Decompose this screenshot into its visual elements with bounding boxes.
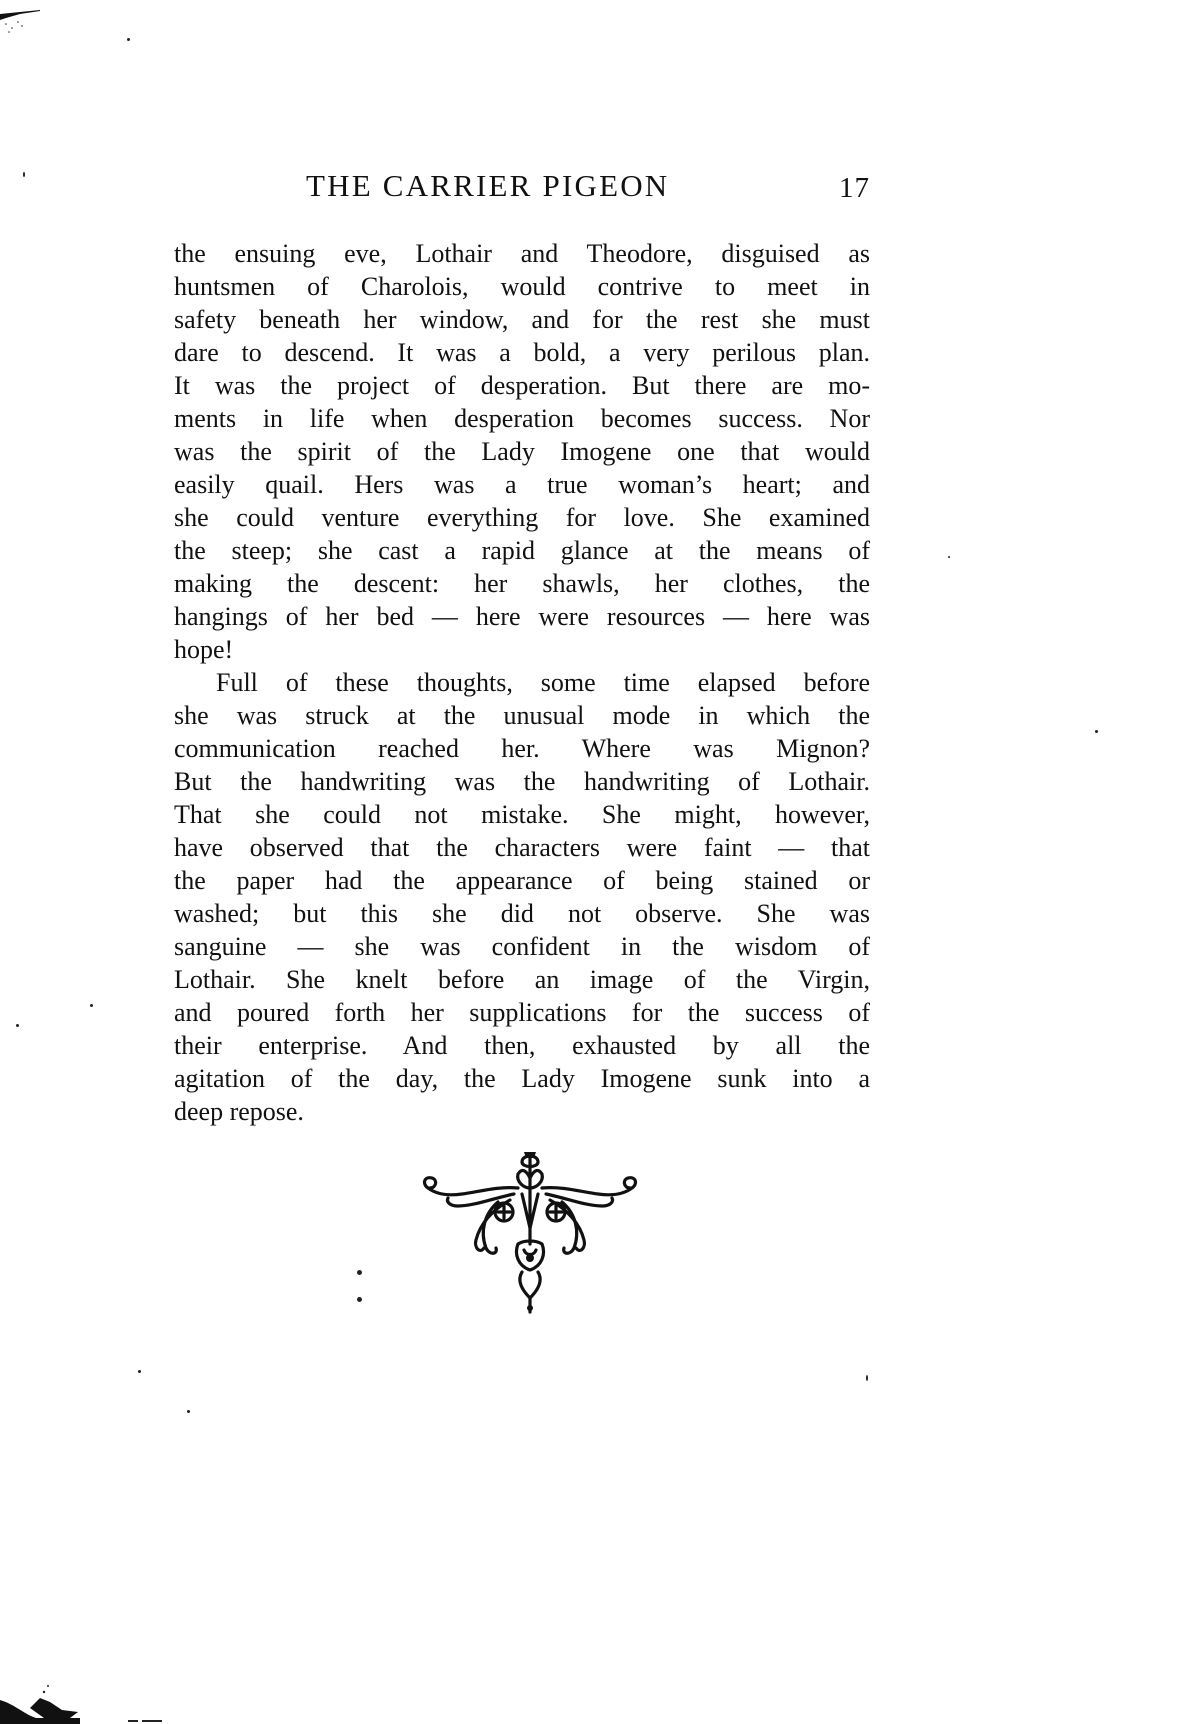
speck xyxy=(357,1270,362,1275)
text-line: sanguine — she was confident in the wisd… xyxy=(174,930,870,963)
text-line: have observed that the characters were f… xyxy=(174,831,870,864)
text-line: Lothair. She knelt before an image of th… xyxy=(174,963,870,996)
speck xyxy=(948,556,950,558)
speck xyxy=(357,1297,362,1302)
text-line: she could venture everything for love. S… xyxy=(174,501,870,534)
speck xyxy=(138,1370,141,1373)
scan-artifact-bottom-left xyxy=(0,1668,170,1724)
text-line: huntsmen of Charolois, would contrive to… xyxy=(174,270,870,303)
book-page: THE CARRIER PIGEON 17 the ensuing eve, L… xyxy=(0,0,1182,1724)
text-line: ments in life when desperation becomes s… xyxy=(174,402,870,435)
text-line: agitation of the day, the Lady Imogene s… xyxy=(174,1062,870,1095)
scan-artifact-top-left xyxy=(0,8,42,38)
text-line: the paper had the appearance of being st… xyxy=(174,864,870,897)
speck xyxy=(16,1024,19,1027)
text-line: was the spirit of the Lady Imogene one t… xyxy=(174,435,870,468)
text-line: hangings of her bed — here were resource… xyxy=(174,600,870,633)
body-text: the ensuing eve, Lothair and Theodore, d… xyxy=(174,237,870,1128)
page-number: 17 xyxy=(839,172,870,205)
speck xyxy=(127,38,130,41)
text-line: easily quail. Hers was a true woman’s he… xyxy=(174,468,870,501)
text-line: hope! xyxy=(174,633,870,666)
text-line: communication reached her. Where was Mig… xyxy=(174,732,870,765)
text-line: But the handwriting was the handwriting … xyxy=(174,765,870,798)
text-line: It was the project of desperation. But t… xyxy=(174,369,870,402)
text-line: making the descent: her shawls, her clot… xyxy=(174,567,870,600)
text-line: That she could not mistake. She might, h… xyxy=(174,798,870,831)
text-line: the steep; she cast a rapid glance at th… xyxy=(174,534,870,567)
text-line: the ensuing eve, Lothair and Theodore, d… xyxy=(174,237,870,270)
speck xyxy=(1095,730,1098,733)
text-line: and poured forth her supplications for t… xyxy=(174,996,870,1029)
text-line: deep repose. xyxy=(174,1095,870,1128)
text-line: their enterprise. And then, exhausted by… xyxy=(174,1029,870,1062)
speck xyxy=(90,1004,93,1007)
text-line: dare to descend. It was a bold, a very p… xyxy=(174,336,870,369)
speck xyxy=(23,172,25,177)
paragraph-start-line: Full of these thoughts, some time elapse… xyxy=(174,666,870,699)
text-line: washed; but this she did not observe. Sh… xyxy=(174,897,870,930)
running-head: THE CARRIER PIGEON 17 xyxy=(300,168,870,208)
text-line: she was struck at the unusual mode in wh… xyxy=(174,699,870,732)
speck xyxy=(866,1375,868,1381)
running-title: THE CARRIER PIGEON xyxy=(306,168,669,204)
text-line: safety beneath her window, and for the r… xyxy=(174,303,870,336)
speck xyxy=(187,1410,190,1413)
ornamental-tailpiece-icon xyxy=(418,1148,642,1316)
